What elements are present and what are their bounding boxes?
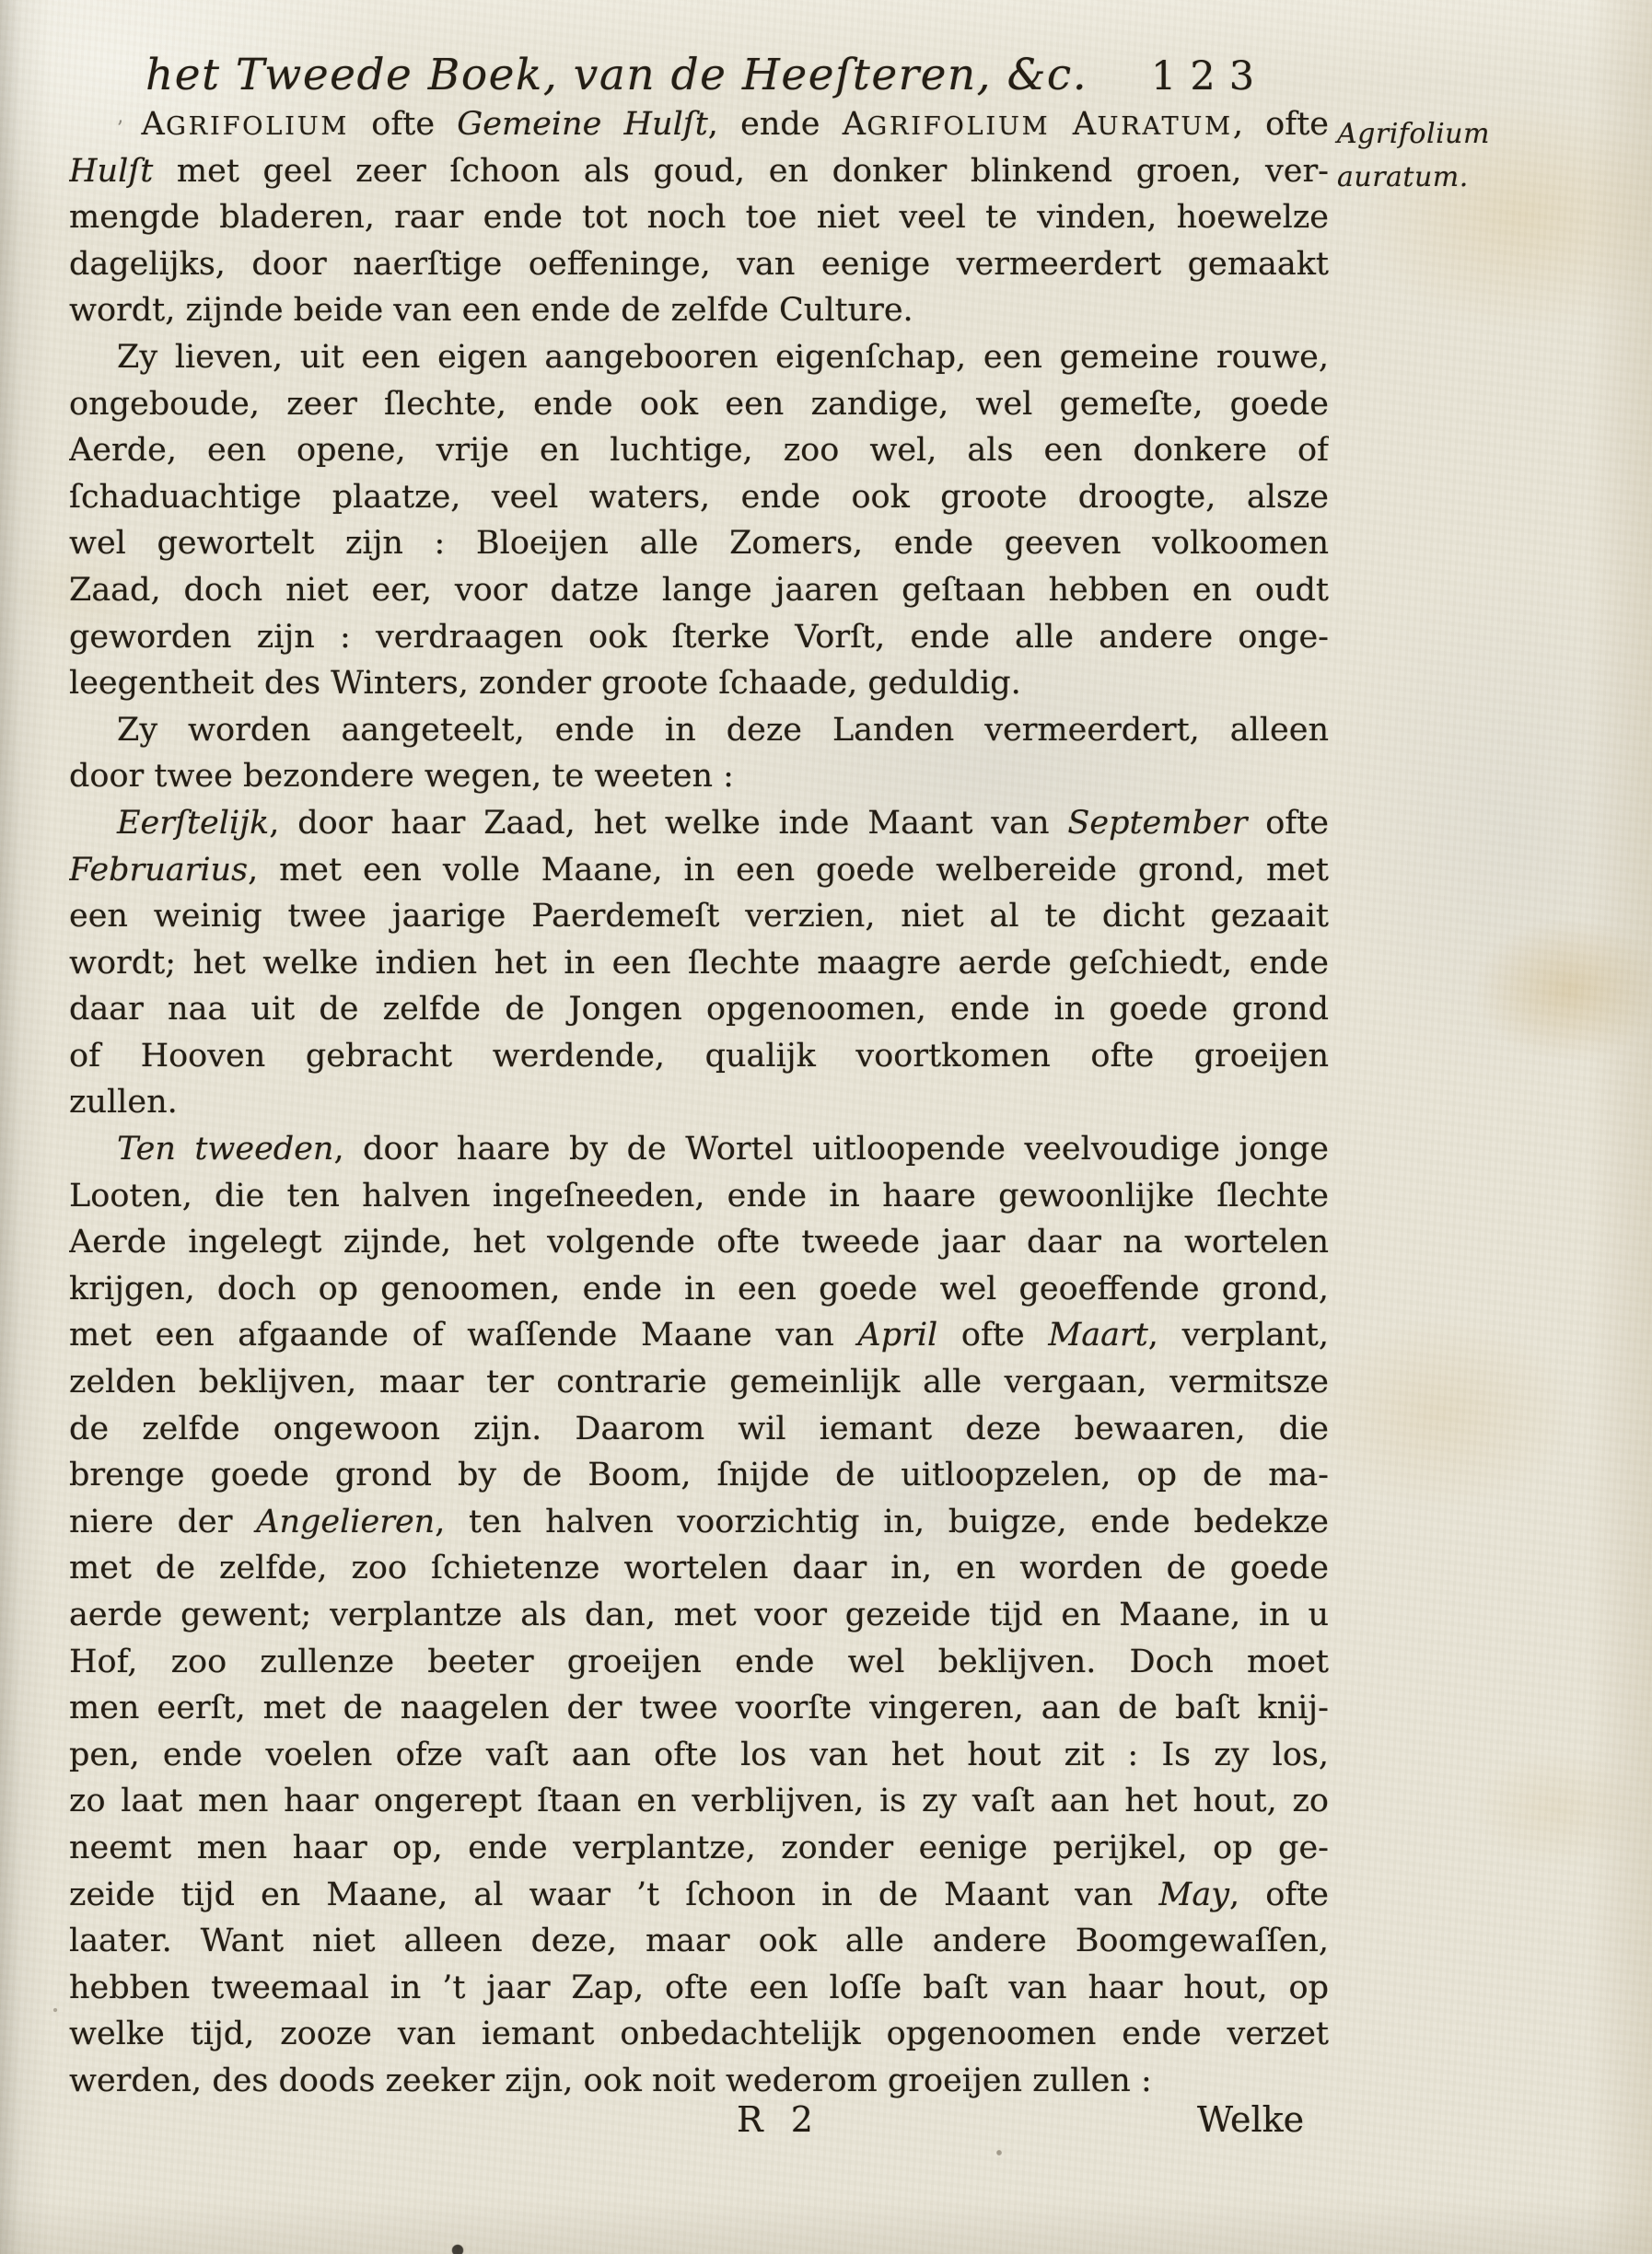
text-line: hebben tweemaal in ’t jaar Zap, ofte een… [69, 1965, 1329, 2012]
text-segment: Hof, zoo zullenze beeter groeijen ende w… [69, 1644, 1329, 1680]
text-segment: ofte [349, 106, 457, 143]
text-segment: Looten, die ten halven ingeſneeden, ende… [69, 1178, 1329, 1214]
page-number: 123 [1151, 53, 1268, 99]
text-segment: , ende [708, 106, 843, 143]
text-segment: GRIFOLIUM [867, 112, 1072, 141]
text-segment: ſchaduachtige plaatze, veel waters, ende… [69, 479, 1329, 516]
text-segment: , met een volle Maane, in een goede welb… [248, 852, 1329, 889]
text-segment: geworden zijn : verdraagen ook ſterke Vo… [69, 619, 1329, 656]
text-line: geworden zijn : verdraagen ook ſterke Vo… [69, 614, 1329, 661]
text-line: Zaad, doch niet eer, voor datze lange ja… [69, 567, 1329, 614]
text-line: door twee bezondere wegen, te weeten : [69, 753, 1329, 800]
text-segment: September [1067, 805, 1247, 842]
text-segment: zo laat men haar ongerept ſtaan en verbl… [69, 1783, 1329, 1819]
signature-mark: R 2 [737, 2099, 821, 2140]
text-line: krijgen, doch op genoomen, ende in een g… [69, 1266, 1329, 1313]
text-line: neemt men haar op, ende verplantze, zond… [69, 1825, 1329, 1872]
text-segment: A [141, 106, 166, 143]
text-line: Zy worden aangeteelt, ende in deze Lande… [69, 707, 1329, 754]
text-line: mengde bladeren, raar ende tot noch toe … [69, 194, 1329, 241]
text-line: aerde gewent; verplantze als dan, met vo… [69, 1592, 1329, 1639]
text-segment: ’ [117, 117, 141, 139]
text-line: Hulſt met geel zeer ſchoon als goud, en … [69, 148, 1329, 195]
text-segment: dagelijks, door naerſtige oeffeninge, va… [69, 246, 1329, 283]
text-line: of Hooven gebracht werdende, qualijk voo… [69, 1033, 1329, 1080]
text-segment: Aerde ingelegt zijnde, het volgende ofte… [69, 1224, 1329, 1261]
text-line: Eerſtelijk, door haar Zaad, het welke in… [69, 800, 1329, 847]
text-line: Looten, die ten halven ingeſneeden, ende… [69, 1173, 1329, 1220]
text-line: brenge goede grond by de Boom, ſnijde de… [69, 1452, 1329, 1499]
text-block: ’ AGRIFOLIUM ofte Gemeine Hulſt, ende AG… [69, 101, 1329, 2105]
text-segment: men eerſt, met de naagelen der twee voor… [69, 1690, 1329, 1726]
text-line: ’ AGRIFOLIUM ofte Gemeine Hulſt, ende AG… [69, 101, 1329, 148]
text-line: Ten tweeden, door haare by de Wortel uit… [69, 1126, 1329, 1173]
text-segment: wordt; het welke indien het in een ſlech… [69, 945, 1329, 982]
text-segment: met een afgaande of waſſende Maane van [69, 1317, 857, 1354]
text-line: met een afgaande of waſſende Maane van A… [69, 1312, 1329, 1359]
text-segment: daar naa uit de zelfde de Jongen opgenoo… [69, 991, 1329, 1028]
text-segment: zeide tijd en Maane, al waar ’t ſchoon i… [69, 1876, 1159, 1913]
text-segment: of Hooven gebracht werdende, qualijk voo… [69, 1038, 1329, 1075]
text-segment: ofte [937, 1317, 1048, 1354]
text-segment: GRIFOLIUM [166, 112, 349, 141]
text-line: pen, ende voelen ofze vaſt aan ofte los … [69, 1732, 1329, 1779]
text-segment: pen, ende voelen ofze vaſt aan ofte los … [69, 1737, 1329, 1773]
text-line: de zelfde ongewoon zijn. Daarom wil iema… [69, 1406, 1329, 1453]
text-segment: , verplant, [1148, 1317, 1329, 1354]
text-line: daar naa uit de zelfde de Jongen opgenoo… [69, 986, 1329, 1033]
paragraph: Ten tweeden, door haare by de Wortel uit… [69, 1126, 1329, 2104]
text-segment: laater. Want niet alleen deze, maar ook … [69, 1923, 1329, 1959]
paragraph: Eerſtelijk, door haar Zaad, het welke in… [69, 800, 1329, 1126]
text-segment: niere der [69, 1504, 256, 1540]
text-segment: met geel zeer ſchoon als goud, en donker… [153, 153, 1329, 190]
text-segment: zullen. [69, 1084, 178, 1121]
text-line: wordt, zijnde beide van een ende de zelf… [69, 287, 1329, 334]
text-segment: brenge goede grond by de Boom, ſnijde de… [69, 1457, 1329, 1493]
text-line: zeide tijd en Maane, al waar ’t ſchoon i… [69, 1872, 1329, 1919]
text-line: Aerde ingelegt zijnde, het volgende ofte… [69, 1219, 1329, 1266]
text-segment: werden, des doods zeeker zijn, ook noit … [69, 2062, 1152, 2099]
text-segment: A [843, 106, 867, 143]
text-segment: neemt men haar op, ende verplantze, zond… [69, 1830, 1329, 1866]
text-segment: zelden beklijven, maar ter contrarie gem… [69, 1364, 1329, 1400]
text-line: wordt; het welke indien het in een ſlech… [69, 940, 1329, 987]
text-line: een weinig twee jaarige Paerdemeſt verzi… [69, 893, 1329, 940]
catchword: Welke [1197, 2099, 1304, 2140]
paragraph: Zy lieven, uit een eigen aangebooren eig… [69, 334, 1329, 707]
text-segment: wel gewortelt zijn : Bloeijen alle Zomer… [69, 525, 1329, 562]
text-line: men eerſt, met de naagelen der twee voor… [69, 1685, 1329, 1732]
text-segment: aerde gewent; verplantze als dan, met vo… [69, 1597, 1329, 1633]
text-line: leegentheit des Winters, zonder groote ſ… [69, 660, 1329, 707]
text-segment: ofte [1247, 805, 1329, 842]
text-line: welke tijd, zooze van iemant onbedachtel… [69, 2011, 1329, 2058]
margin-note-line: auratum. [1337, 156, 1613, 199]
text-segment: door twee bezondere wegen, te weeten : [69, 758, 734, 795]
margin-note: Agrifoliumauratum. [1337, 112, 1613, 199]
text-line: Aerde, een opene, vrije en luchtige, zoo… [69, 427, 1329, 474]
paragraph: ’ AGRIFOLIUM ofte Gemeine Hulſt, ende AG… [69, 101, 1329, 334]
text-line: Hof, zoo zullenze beeter groeijen ende w… [69, 1639, 1329, 1686]
text-segment: wordt, zijnde beide van een ende de zelf… [69, 292, 913, 329]
text-segment: , door haar Zaad, het welke inde Maant v… [269, 805, 1067, 842]
text-segment: welke tijd, zooze van iemant onbedachtel… [69, 2016, 1329, 2052]
text-segment: Gemeine Hulſt [457, 106, 708, 143]
text-segment: May [1159, 1876, 1229, 1913]
text-segment: Zy lieven, uit een eigen aangebooren eig… [117, 339, 1329, 376]
text-line: wel gewortelt zijn : Bloeijen alle Zomer… [69, 520, 1329, 567]
text-segment: , ten halven voorzichtig in, buigze, end… [435, 1504, 1329, 1540]
text-segment: hebben tweemaal in ’t jaar Zap, ofte een… [69, 1969, 1329, 2006]
text-segment: de zelfde ongewoon zijn. Daarom wil iema… [69, 1411, 1329, 1447]
running-title: het Tweede Boek, van de Heeſteren, &c. [145, 50, 1088, 100]
text-segment: A [1073, 106, 1098, 143]
text-segment: Ten tweeden [117, 1131, 333, 1168]
text-segment: , ofte [1233, 106, 1329, 143]
text-segment: , ofte [1229, 1876, 1329, 1913]
text-segment: , door haare by de Wortel uitloopende ve… [333, 1131, 1329, 1168]
margin-note-line: Agrifolium [1337, 112, 1613, 156]
text-segment: Zy worden aangeteelt, ende in deze Lande… [117, 712, 1329, 749]
text-segment: Maart [1048, 1317, 1147, 1354]
text-segment: Februarius [69, 852, 248, 889]
text-line: dagelijks, door naerſtige oeffeninge, va… [69, 241, 1329, 288]
text-segment: Eerſtelijk [117, 805, 269, 842]
paragraph: Zy worden aangeteelt, ende in deze Lande… [69, 707, 1329, 800]
text-segment: URATUM [1098, 112, 1233, 141]
text-line: werden, des doods zeeker zijn, ook noit … [69, 2058, 1329, 2105]
text-line: zullen. [69, 1079, 1329, 1126]
text-segment: met de zelfde, zoo ſchietenze wortelen d… [69, 1550, 1329, 1586]
text-segment: Hulſt [69, 153, 153, 190]
text-segment: Angelieren [256, 1504, 435, 1540]
text-segment: Aerde, een opene, vrije en luchtige, zoo… [69, 432, 1329, 469]
text-line: niere der Angelieren, ten halven voorzic… [69, 1499, 1329, 1546]
text-line: Februarius, met een volle Maane, in een … [69, 847, 1329, 894]
text-line: ongeboude, zeer ſlechte, ende ook een za… [69, 381, 1329, 428]
text-segment: leegentheit des Winters, zonder groote ſ… [69, 665, 1021, 702]
text-segment: ongeboude, zeer ſlechte, ende ook een za… [69, 386, 1329, 423]
text-segment: een weinig twee jaarige Paerdemeſt verzi… [69, 898, 1329, 935]
text-segment: Zaad, doch niet eer, voor datze lange ja… [69, 572, 1329, 609]
page-footer: R 2 Welke [0, 2099, 1652, 2155]
text-line: zo laat men haar ongerept ſtaan en verbl… [69, 1778, 1329, 1825]
text-line: laater. Want niet alleen deze, maar ook … [69, 1918, 1329, 1965]
text-line: met de zelfde, zoo ſchietenze wortelen d… [69, 1545, 1329, 1592]
text-line: ſchaduachtige plaatze, veel waters, ende… [69, 474, 1329, 521]
text-segment: mengde bladeren, raar ende tot noch toe … [69, 199, 1329, 236]
book-page: het Tweede Boek, van de Heeſteren, &c. 1… [0, 0, 1652, 2254]
text-line: zelden beklijven, maar ter contrarie gem… [69, 1359, 1329, 1406]
text-line: Zy lieven, uit een eigen aangebooren eig… [69, 334, 1329, 381]
text-segment: April [857, 1317, 937, 1354]
text-segment: krijgen, doch op genoomen, ende in een g… [69, 1271, 1329, 1307]
